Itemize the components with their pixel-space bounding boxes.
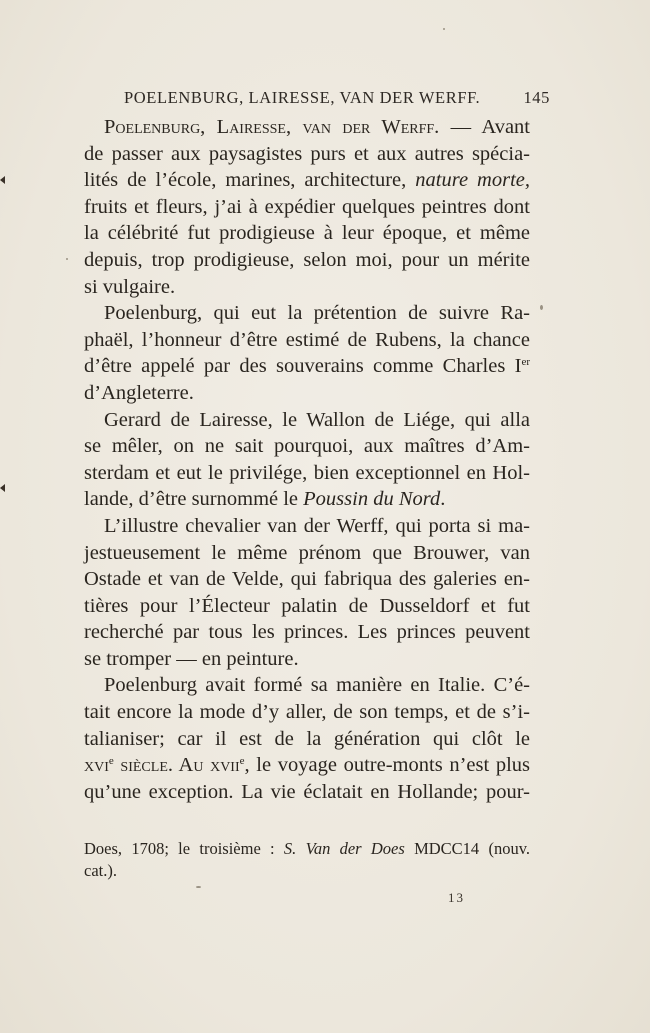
paragraph-1-line-1: Poelenburg, Lairesse, van der Werff. — A… (84, 114, 530, 141)
book-page: POELENBURG, LAIRESSE, VAN DER WERFF. 145… (0, 0, 650, 1033)
margin-arrow-icon (0, 484, 5, 492)
paragraph-1-line-6: depuis, trop prodigieuse, selon moi, pou… (84, 247, 530, 274)
paragraph-2-line-4: d’Angleterre. (84, 380, 530, 407)
footnote-line-2: cat.). (84, 860, 530, 882)
paragraph-1-line-3: lités de l’école, marines, architecture,… (84, 167, 530, 194)
paragraph-4-line-2: jestueusement le même prénom que Brouwer… (84, 540, 530, 567)
paragraph-5-line-3: talianiser; car il est de la génération … (84, 726, 530, 753)
italic-phrase: Poussin du Nord (303, 488, 440, 510)
paragraph-4-line-3: Ostade et van de Velde, qui fabriqua des… (84, 566, 530, 593)
paragraph-5-line-2: tait encore la mode d’y aller, de son te… (84, 699, 530, 726)
body-text: Poelenburg, Lairesse, van der Werff. — A… (84, 114, 530, 805)
footnote-line-1: Does, 1708; le troisième : S. Van der Do… (84, 838, 530, 860)
section-heading: Poelenburg, Lairesse, van der Werff. (104, 116, 439, 138)
running-head-title: POELENBURG, LAIRESSE, VAN DER WERFF. (124, 88, 480, 107)
paragraph-4-line-5: recherché par tous les princes. Les prin… (84, 619, 530, 646)
paragraph-3-line-3: sterdam et eut le privilége, bien except… (84, 460, 530, 487)
paragraph-5-line-4: xvie siècle. Au xviie, le voyage outre-m… (84, 752, 530, 779)
paragraph-2-line-3: d’être appelé par des souverains comme C… (84, 353, 530, 380)
paragraph-4-line-4: tières pour l’Électeur palatin de Dussel… (84, 593, 530, 620)
paper-speck (196, 886, 201, 888)
paper-speck (540, 305, 543, 310)
footnote: Does, 1708; le troisième : S. Van der Do… (84, 838, 530, 882)
paragraph-1-line-5: la célébrité fut prodigieuse à leur époq… (84, 220, 530, 247)
paragraph-5-line-1: Poelenburg avait formé sa manière en Ita… (84, 672, 530, 699)
paragraph-5-line-5: qu’une exception. La vie éclatait en Hol… (84, 779, 530, 806)
page-number: 145 (523, 88, 550, 108)
paragraph-2-line-1: Poelenburg, qui eut la prétention de sui… (84, 300, 530, 327)
paragraph-1-line-7: si vulgaire. (84, 274, 530, 301)
running-head: POELENBURG, LAIRESSE, VAN DER WERFF. 145 (124, 88, 550, 108)
signature-mark: 13 (448, 890, 465, 906)
italic-phrase: nature morte, (415, 169, 530, 191)
superscript: er (521, 356, 530, 368)
italic-phrase: S. Van der Does (284, 839, 405, 858)
paper-speck (443, 28, 445, 30)
paper-speck (66, 258, 68, 260)
paragraph-3-line-1: Gerard de Lairesse, le Wallon de Liége, … (84, 407, 530, 434)
margin-arrow-icon (0, 176, 5, 184)
paragraph-1-line-2: de passer aux paysagistes purs et aux au… (84, 141, 530, 168)
paragraph-3-line-4: lande, d’être surnommé le Poussin du Nor… (84, 486, 530, 513)
paragraph-2-line-2: phaël, l’honneur d’être estimé de Rubens… (84, 327, 530, 354)
paragraph-4-line-1: L’illustre chevalier van der Werff, qui … (84, 513, 530, 540)
paragraph-3-line-2: se mêler, on ne sait pourquoi, aux maîtr… (84, 433, 530, 460)
paragraph-4-line-6: se tromper — en peinture. (84, 646, 530, 673)
paragraph-1-line-4: fruits et fleurs, j’ai à expédier quelqu… (84, 194, 530, 221)
